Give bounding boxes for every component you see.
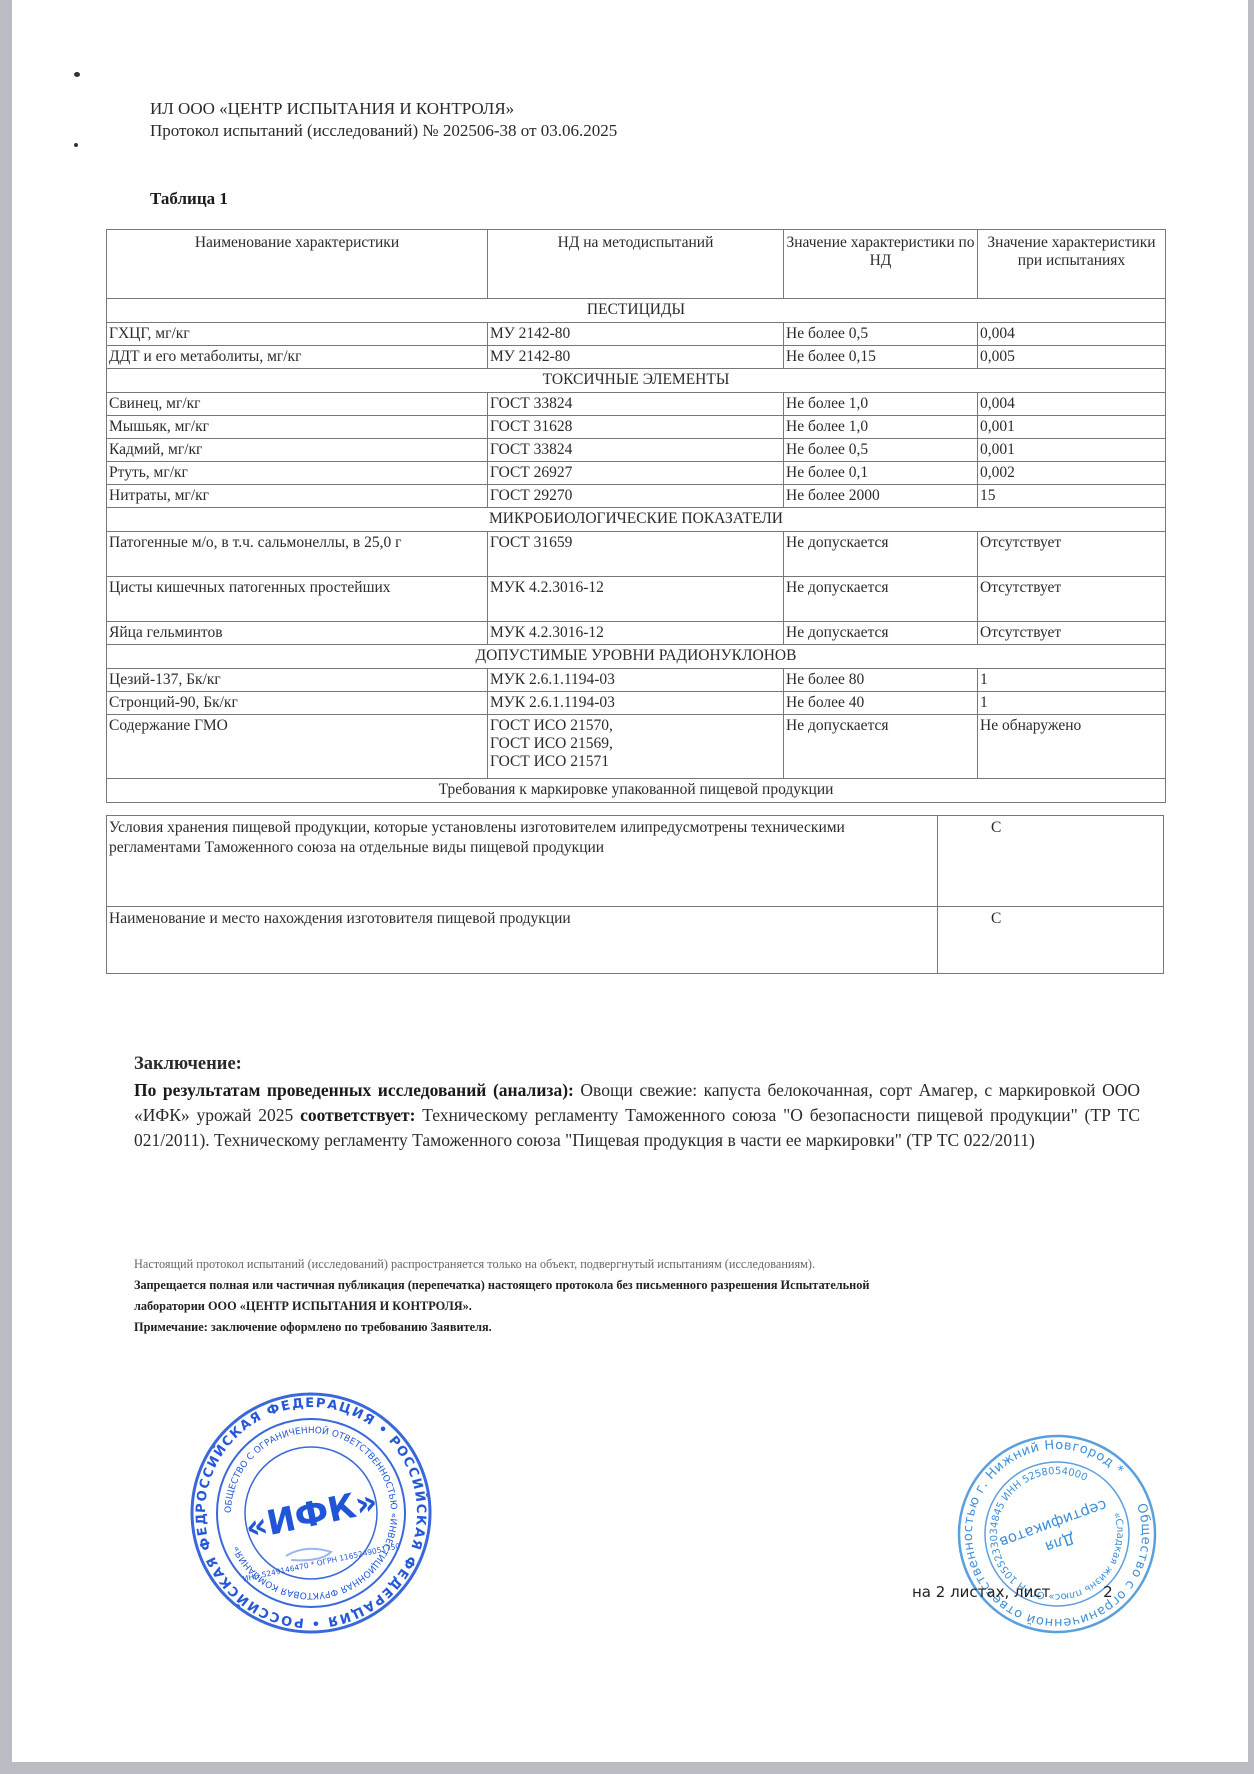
column-header-name: Наименование характеристики [107, 230, 488, 299]
page-counter-label: на 2 листах, лист [912, 1583, 1050, 1601]
cell-name: ДДТ и его метаболиты, мг/кг [107, 346, 488, 369]
table-row: Патогенные м/о, в т.ч. сальмонеллы, в 25… [107, 532, 1166, 577]
cell-compliance: С [938, 907, 1164, 974]
conclusion-text: По результатам проведенных исследований … [134, 1078, 1140, 1153]
table-row: Нитраты, мг/кг ГОСТ 29270 Не более 2000 … [107, 485, 1166, 508]
cell-method: МУК 4.2.3016-12 [488, 577, 784, 622]
cell-result: 0,004 [978, 393, 1166, 416]
page-counter: на 2 листах, лист 2 [912, 1583, 1113, 1601]
protocol-number: Протокол испытаний (исследований) № 2025… [150, 120, 617, 142]
table-row: ГХЦГ, мг/кг МУ 2142-80 Не более 0,5 0,00… [107, 323, 1166, 346]
cell-result: 0,004 [978, 323, 1166, 346]
cell-result: Отсутствует [978, 532, 1166, 577]
cell-result: 0,002 [978, 462, 1166, 485]
cell-method: ГОСТ 31628 [488, 416, 784, 439]
cell-method: МУ 2142-80 [488, 323, 784, 346]
cell-norm: Не допускается [784, 622, 978, 645]
conclusion-heading: Заключение: [134, 1052, 1140, 1077]
table-row: Свинец, мг/кг ГОСТ 33824 Не более 1,0 0,… [107, 393, 1166, 416]
note-remark: Примечание: заключение оформлено по треб… [134, 1317, 870, 1338]
cell-result: 1 [978, 692, 1166, 715]
cell-norm: Не более 1,0 [784, 393, 978, 416]
cell-name: Ртуть, мг/кг [107, 462, 488, 485]
cell-name: Мышьяк, мг/кг [107, 416, 488, 439]
note-prohibition-1: Запрещается полная или частичная публика… [134, 1275, 870, 1296]
table-row: Яйца гельминтов МУК 4.2.3016-12 Не допус… [107, 622, 1166, 645]
cell-method: МУ 2142-80 [488, 346, 784, 369]
cell-method: ГОСТ 33824 [488, 393, 784, 416]
cell-norm: Не допускается [784, 715, 978, 779]
table-row: Ртуть, мг/кг ГОСТ 26927 Не более 0,1 0,0… [107, 462, 1166, 485]
cell-method: МУК 2.6.1.1194-03 [488, 669, 784, 692]
cell-name: Яйца гельминтов [107, 622, 488, 645]
cell-method: ГОСТ ИСО 21570, ГОСТ ИСО 21569, ГОСТ ИСО… [488, 715, 784, 779]
cell-norm: Не более 0,5 [784, 439, 978, 462]
cell-method: ГОСТ 33824 [488, 439, 784, 462]
cell-result: 0,001 [978, 439, 1166, 462]
note-scope: Настоящий протокол испытаний (исследован… [134, 1254, 870, 1275]
cell-result: Не обнаружено [978, 715, 1166, 779]
cell-result: Отсутствует [978, 577, 1166, 622]
table-title: Таблица 1 [150, 189, 228, 209]
cell-name: Цисты кишечных патогенных простейших [107, 577, 488, 622]
cell-method: МУК 4.2.3016-12 [488, 622, 784, 645]
cell-method: ГОСТ 26927 [488, 462, 784, 485]
section-header-toxic-elements: ТОКСИЧНЫЕ ЭЛЕМЕНТЫ [107, 369, 1166, 393]
cell-norm: Не допускается [784, 532, 978, 577]
cell-method: ГОСТ 31659 [488, 532, 784, 577]
scan-speck [74, 143, 78, 147]
column-header-method: НД на методиспытаний [488, 230, 784, 299]
cell-result: 0,001 [978, 416, 1166, 439]
seal-left-center-text: «ИФК» [242, 1481, 381, 1548]
table-row: Содержание ГМО ГОСТ ИСО 21570, ГОСТ ИСО … [107, 715, 1166, 779]
cell-norm: Не более 80 [784, 669, 978, 692]
cell-name: Свинец, мг/кг [107, 393, 488, 416]
cell-norm: Не более 0,1 [784, 462, 978, 485]
cell-requirement: Наименование и место нахождения изготови… [107, 907, 938, 974]
cell-norm: Не более 1,0 [784, 416, 978, 439]
conclusion: Заключение: По результатам проведенных и… [134, 1052, 1140, 1153]
table-row: Цисты кишечных патогенных простейших МУК… [107, 577, 1166, 622]
column-header-result: Значение характеристики при испытаниях [978, 230, 1166, 299]
company-seal-right: Общество с ограниченной ответственностью… [955, 1432, 1160, 1637]
table-row: Кадмий, мг/кг ГОСТ 33824 Не более 0,5 0,… [107, 439, 1166, 462]
section-header-microbiology: МИКРОБИОЛОГИЧЕСКИЕ ПОКАЗАТЕЛИ [107, 508, 1166, 532]
table-row: Наименование и место нахождения изготови… [107, 907, 1164, 974]
cell-name: Кадмий, мг/кг [107, 439, 488, 462]
conclusion-verdict: соответствует: [300, 1105, 415, 1125]
cell-norm: Не более 40 [784, 692, 978, 715]
table-row: Цезий-137, Бк/кг МУК 2.6.1.1194-03 Не бо… [107, 669, 1166, 692]
table-row: Мышьяк, мг/кг ГОСТ 31628 Не более 1,0 0,… [107, 416, 1166, 439]
cell-norm: Не более 0,5 [784, 323, 978, 346]
company-seal-left: РОССИЙСКАЯ ФЕДЕРАЦИЯ • РОССИЙСКАЯ ФЕДЕРА… [186, 1388, 436, 1638]
column-header-norm: Значение характеристики по НД [784, 230, 978, 299]
cell-result: 15 [978, 485, 1166, 508]
cell-method: ГОСТ 29270 [488, 485, 784, 508]
cell-result: Отсутствует [978, 622, 1166, 645]
page-number: 2 [1103, 1583, 1113, 1601]
table-row: ДДТ и его метаболиты, мг/кг МУ 2142-80 Н… [107, 346, 1166, 369]
cell-name: Стронций-90, Бк/кг [107, 692, 488, 715]
section-header-radionuclides: ДОПУСТИМЫЕ УРОВНИ РАДИОНУКЛОНОВ [107, 645, 1166, 669]
results-table: Наименование характеристики НД на методи… [106, 229, 1166, 803]
cell-norm: Не более 0,15 [784, 346, 978, 369]
protocol-notes: Настоящий протокол испытаний (исследован… [134, 1254, 870, 1338]
cell-name: Патогенные м/о, в т.ч. сальмонеллы, в 25… [107, 532, 488, 577]
scan-speck [74, 72, 80, 77]
section-header-pesticides: ПЕСТИЦИДЫ [107, 299, 1166, 323]
cell-name: Нитраты, мг/кг [107, 485, 488, 508]
table-row: Условия хранения пищевой продукции, кото… [107, 816, 1164, 907]
cell-result: 0,005 [978, 346, 1166, 369]
section-header-marking: Требования к маркировке упакованной пище… [107, 779, 1166, 803]
cell-compliance: С [938, 816, 1164, 907]
document-header: ИЛ ООО «ЦЕНТР ИСПЫТАНИЯ И КОНТРОЛЯ» Прот… [150, 98, 617, 142]
conclusion-lead: По результатам проведенных исследований … [134, 1080, 574, 1100]
table-row: Стронций-90, Бк/кг МУК 2.6.1.1194-03 Не … [107, 692, 1166, 715]
cell-name: Цезий-137, Бк/кг [107, 669, 488, 692]
cell-requirement: Условия хранения пищевой продукции, кото… [107, 816, 938, 907]
table-header-row: Наименование характеристики НД на методи… [107, 230, 1166, 299]
cell-name: Содержание ГМО [107, 715, 488, 779]
cell-name: ГХЦГ, мг/кг [107, 323, 488, 346]
marking-requirements-table: Условия хранения пищевой продукции, кото… [106, 815, 1164, 974]
cell-result: 1 [978, 669, 1166, 692]
cell-norm: Не более 2000 [784, 485, 978, 508]
note-prohibition-2: лаборатории ООО «ЦЕНТР ИСПЫТАНИЯ И КОНТР… [134, 1296, 870, 1317]
cell-method: МУК 2.6.1.1194-03 [488, 692, 784, 715]
lab-name: ИЛ ООО «ЦЕНТР ИСПЫТАНИЯ И КОНТРОЛЯ» [150, 98, 617, 120]
cell-norm: Не допускается [784, 577, 978, 622]
